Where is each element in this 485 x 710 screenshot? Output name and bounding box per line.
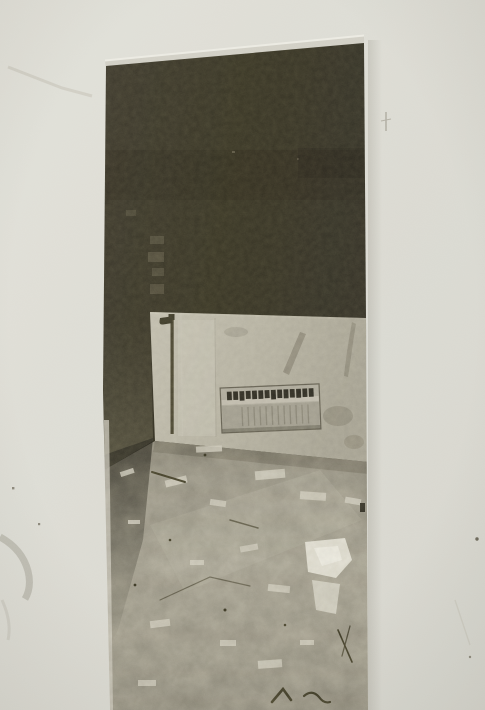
photograph: Black-and-white photograph looking throu… xyxy=(0,0,485,710)
photo-canvas: Black-and-white photograph looking throu… xyxy=(0,0,485,710)
vignette xyxy=(0,0,485,710)
